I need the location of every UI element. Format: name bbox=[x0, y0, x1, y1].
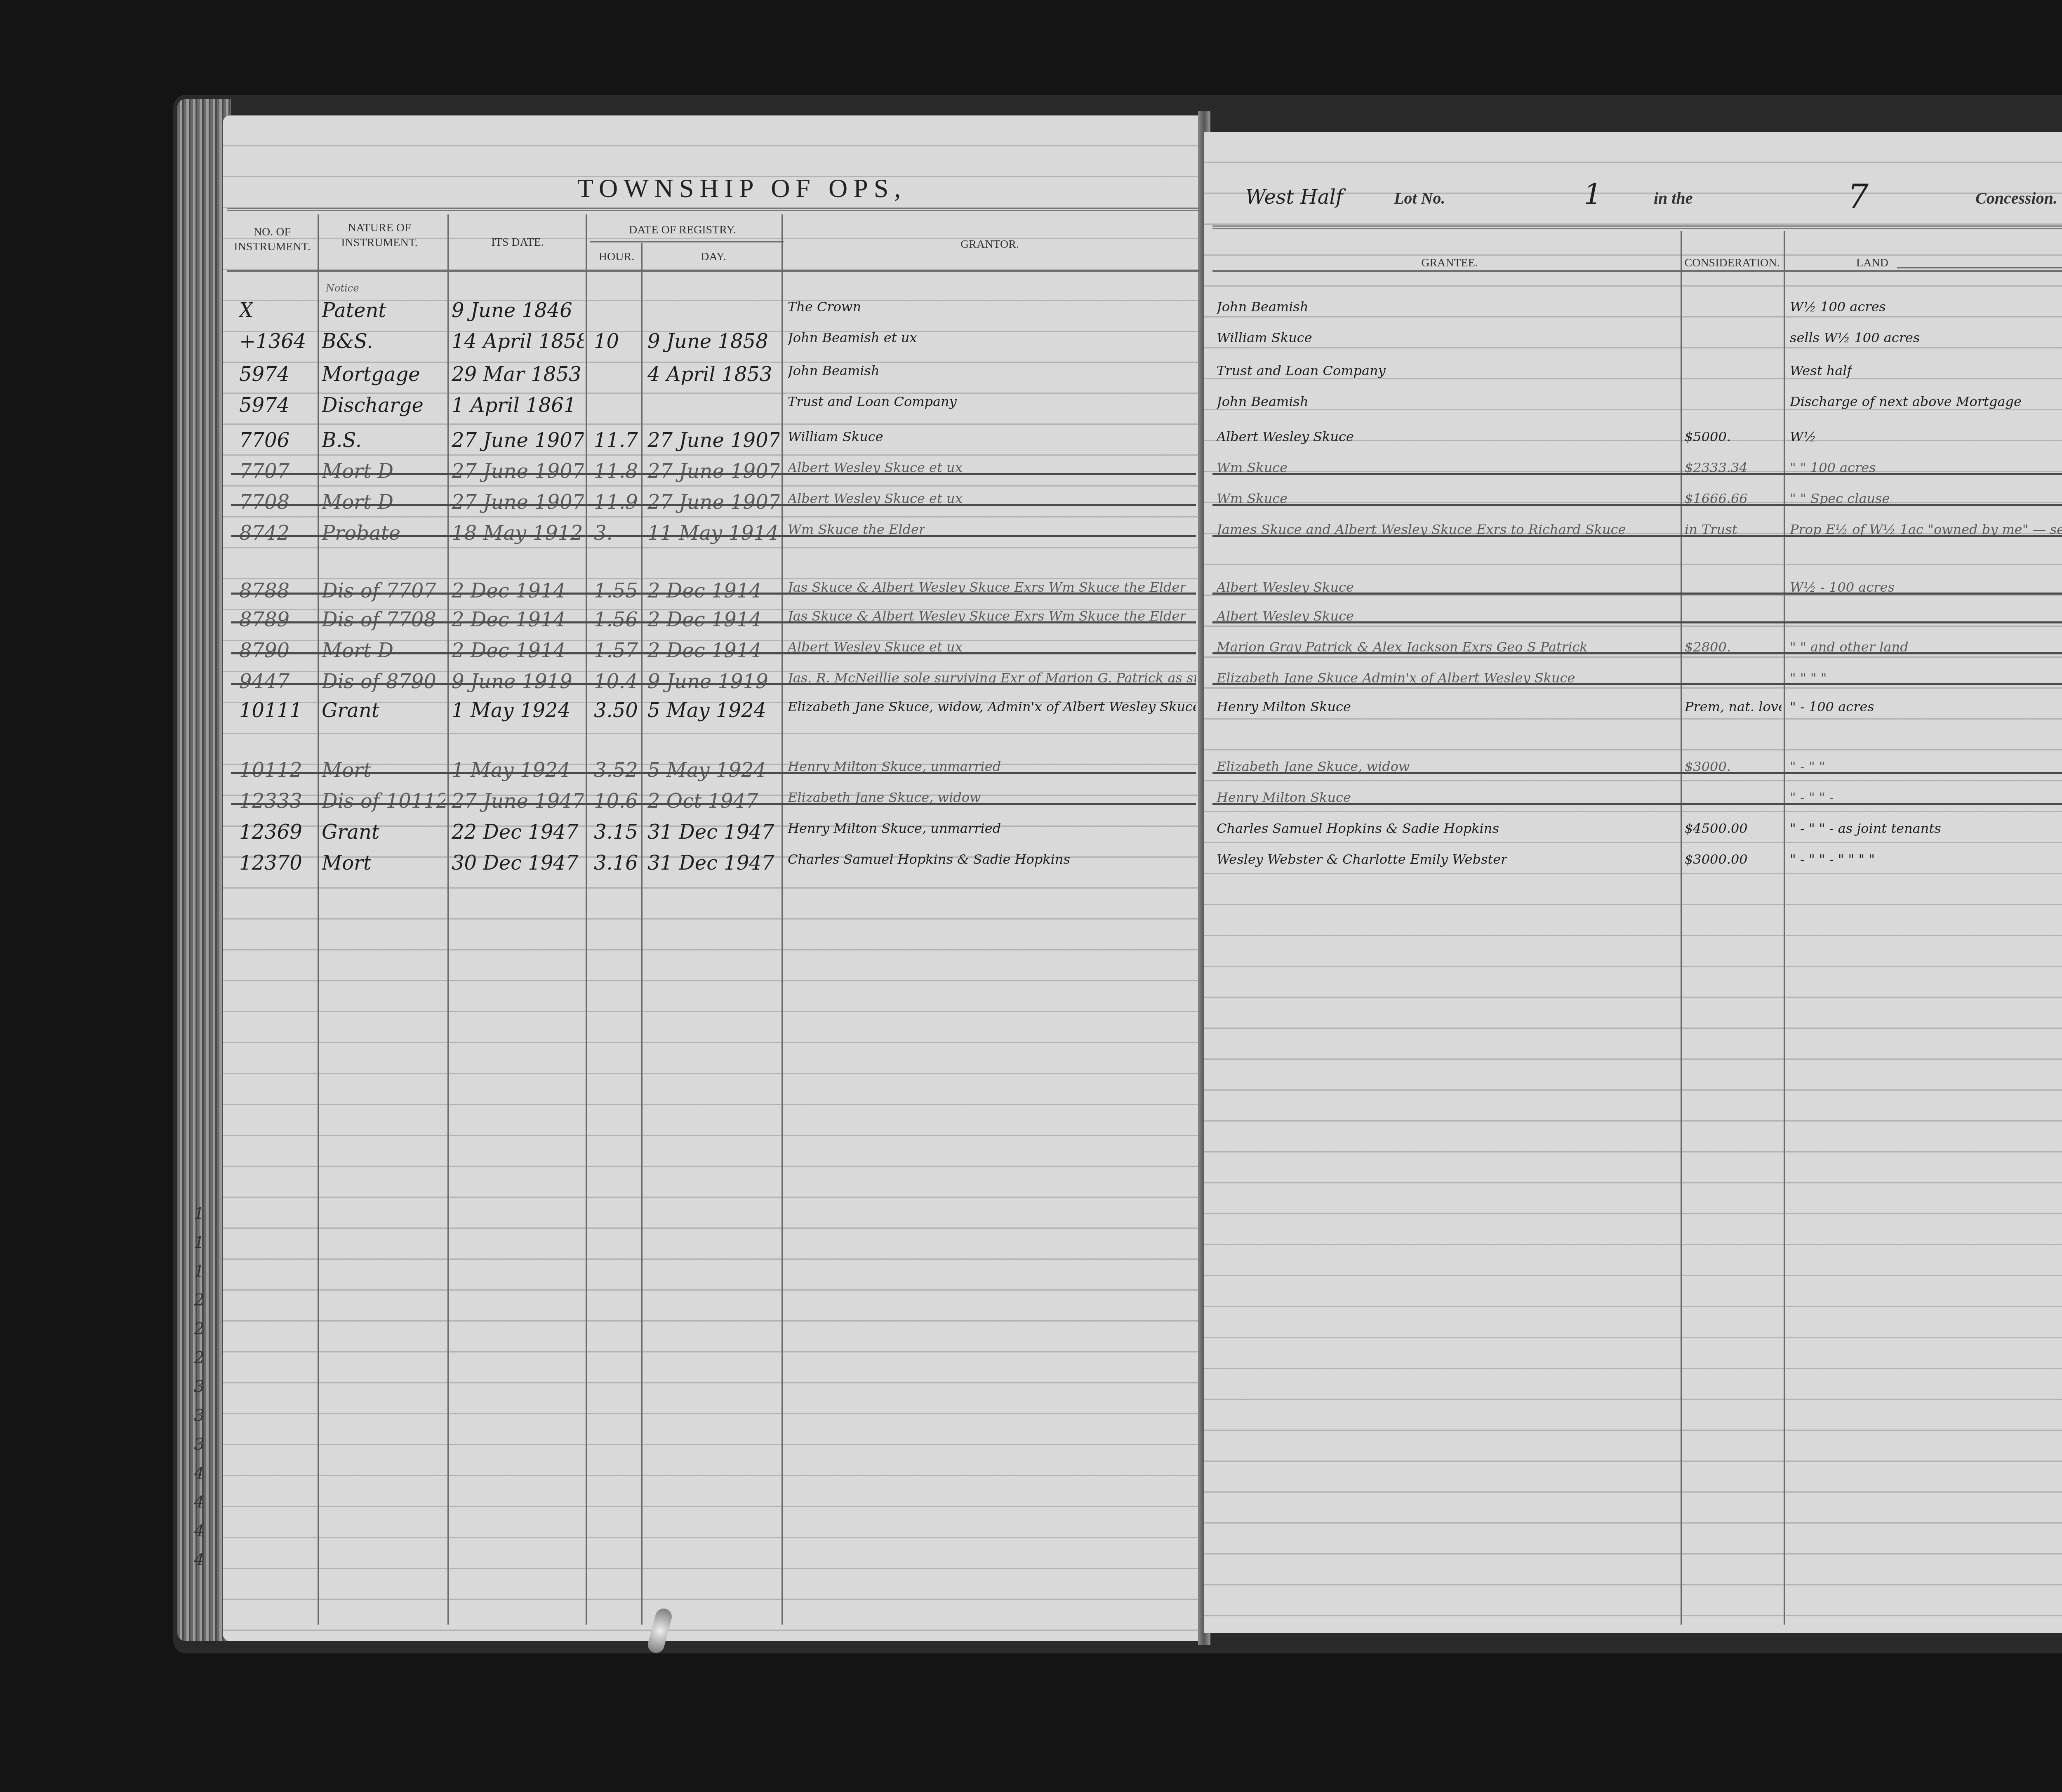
entry-hour: 3.15 bbox=[594, 821, 638, 844]
entry-nature: Dis of 7707 bbox=[322, 579, 436, 602]
strike-through-line bbox=[1212, 473, 2062, 475]
entry-no: 7708 bbox=[239, 491, 290, 514]
entry-no: +1364 bbox=[239, 330, 306, 353]
entry-its-date: 1 May 1924 bbox=[452, 759, 570, 782]
entry-land: " - " " - " " " " bbox=[1790, 851, 1875, 867]
index-tab-number[interactable]: 1 bbox=[194, 1262, 204, 1281]
entry-grantor: John Beamish bbox=[788, 363, 880, 379]
entry-no: 9447 bbox=[239, 670, 290, 693]
entry-consideration: $5000. bbox=[1685, 429, 1731, 444]
header-nature-of-instrument: Nature of Instrument. bbox=[318, 221, 441, 251]
header-grantor: Grantor. bbox=[784, 237, 1196, 252]
entry-nature: Dis of 7708 bbox=[322, 608, 436, 631]
entry-its-date: 27 June 1947 bbox=[452, 790, 584, 813]
right-page bbox=[1204, 132, 2062, 1633]
col-rule bbox=[641, 243, 643, 1625]
index-tab-number[interactable]: 3 bbox=[194, 1435, 204, 1454]
col-rule bbox=[447, 214, 449, 1625]
entry-land: Discharge of next above Mortgage bbox=[1790, 394, 2022, 409]
entry-grantor: Henry Milton Skuce, unmarried bbox=[788, 821, 1001, 836]
entry-its-date: 14 April 1858 bbox=[452, 330, 584, 353]
entry-no: 10112 bbox=[239, 759, 302, 782]
entry-grantee: John Beamish bbox=[1217, 299, 1309, 315]
entry-grantor: John Beamish et ux bbox=[788, 330, 917, 346]
entry-nature: B.S. bbox=[322, 429, 362, 452]
entry-day: 27 June 1907 bbox=[647, 460, 779, 483]
entry-day: 2 Dec 1914 bbox=[647, 608, 762, 631]
header-rule bbox=[227, 208, 1200, 212]
entry-land: W½ 100 acres bbox=[1790, 299, 1886, 315]
entry-grantee: Charles Samuel Hopkins & Sadie Hopkins bbox=[1217, 821, 1499, 836]
strike-through-line bbox=[1212, 535, 2062, 537]
entry-its-date: 1 April 1861 bbox=[452, 394, 576, 417]
entry-hour: 10.6 bbox=[594, 790, 638, 813]
entry-day: 4 April 1853 bbox=[647, 363, 772, 386]
col-rule bbox=[781, 214, 783, 1625]
header-grantee: Grantee. bbox=[1217, 256, 1683, 270]
concession-label: Concession. bbox=[1975, 188, 2057, 209]
entry-hour: 3.16 bbox=[594, 851, 638, 875]
header-bottom-rule bbox=[227, 270, 1200, 272]
index-tab-number[interactable]: 4 bbox=[194, 1522, 204, 1540]
strike-through-line bbox=[231, 683, 1196, 685]
entry-land: " - 100 acres bbox=[1790, 699, 1874, 715]
lot-label: Lot No. bbox=[1394, 188, 1445, 209]
header-land: Land bbox=[1848, 256, 1897, 270]
lot-prefix: West Half bbox=[1245, 186, 1343, 209]
entry-no: 7706 bbox=[239, 429, 290, 452]
entry-grantor: Trust and Loan Company bbox=[788, 394, 957, 409]
entry-its-date: 18 May 1912 bbox=[452, 522, 583, 545]
entry-its-date: 27 June 1907 bbox=[452, 429, 584, 452]
entry-its-date: 2 Dec 1914 bbox=[452, 608, 566, 631]
entry-nature: Dis of 8790 bbox=[322, 670, 436, 693]
entry-no: 12370 bbox=[239, 851, 302, 875]
index-tab-number[interactable]: 4 bbox=[194, 1493, 204, 1512]
entry-its-date: 27 June 1907 bbox=[452, 491, 584, 514]
entry-no: 8790 bbox=[239, 639, 290, 662]
entry-day: 2 Dec 1914 bbox=[647, 579, 762, 602]
entry-its-date: 2 Dec 1914 bbox=[452, 579, 566, 602]
land-underline bbox=[1897, 267, 2062, 268]
entry-hour: 10.46 bbox=[594, 670, 639, 693]
col-rule bbox=[1784, 231, 1785, 1625]
strike-through-line bbox=[1212, 652, 2062, 654]
entry-grantee: Henry Milton Skuce bbox=[1217, 699, 1351, 715]
entry-grantee: John Beamish bbox=[1217, 394, 1309, 409]
entry-day: 2 Oct 1947 bbox=[647, 790, 758, 813]
strike-through-line bbox=[1212, 772, 2062, 774]
entry-no: 5974 bbox=[239, 363, 290, 386]
registry-subrule bbox=[590, 241, 784, 242]
strike-through-line bbox=[1212, 803, 2062, 805]
entry-nature: Grant bbox=[322, 821, 379, 844]
entry-no: 7707 bbox=[239, 460, 290, 483]
entry-no: 10111 bbox=[239, 699, 302, 722]
entry-no: 8788 bbox=[239, 579, 290, 602]
strike-through-line bbox=[231, 803, 1196, 805]
strike-through-line bbox=[1212, 504, 2062, 506]
entry-consideration: $3000.00 bbox=[1685, 851, 1748, 867]
entry-day: 9 June 1858 bbox=[647, 330, 768, 353]
entry-land: W½ bbox=[1790, 429, 1816, 444]
entry-consideration: Prem, nat. love & affec & $1.00 bbox=[1685, 699, 1782, 715]
entry-no: 8789 bbox=[239, 608, 290, 631]
strike-through-line bbox=[1212, 593, 2062, 595]
entry-hour: 3.50 bbox=[594, 699, 638, 722]
entry-no: 12333 bbox=[239, 790, 302, 813]
entry-grantee: Trust and Loan Company bbox=[1217, 363, 1386, 379]
entry-nature: Mort D bbox=[322, 460, 393, 483]
strike-through-line bbox=[231, 593, 1196, 595]
entry-nature: Mort D bbox=[322, 639, 393, 662]
entry-no: 5974 bbox=[239, 394, 290, 417]
entry-day: 27 June 1907 bbox=[647, 491, 779, 514]
entry-nature: Mort bbox=[322, 851, 371, 875]
strike-through-line bbox=[1212, 683, 2062, 685]
entry-nature: Dis of 10112 bbox=[322, 790, 445, 813]
entry-consideration: $4500.00 bbox=[1685, 821, 1748, 836]
entry-no: X bbox=[239, 299, 253, 322]
entry-hour: 10 bbox=[594, 330, 619, 353]
entry-nature: Grant bbox=[322, 699, 379, 722]
entry-land: sells W½ 100 acres bbox=[1790, 330, 1920, 346]
entry-day: 2 Dec 1914 bbox=[647, 639, 762, 662]
entry-nature: Mort bbox=[322, 759, 371, 782]
entry-land: West half bbox=[1790, 363, 1852, 379]
entry-its-date: 9 June 1919 bbox=[452, 670, 572, 693]
entry-grantee: Wesley Webster & Charlotte Emily Webster bbox=[1217, 851, 1507, 867]
entry-hour: 3.52 bbox=[594, 759, 638, 782]
entry-its-date: 1 May 1924 bbox=[452, 699, 570, 722]
col-rule bbox=[1681, 231, 1682, 1625]
entry-hour: 1.57 bbox=[594, 639, 638, 662]
lot-number: 1 bbox=[1584, 177, 1602, 211]
index-tab-number[interactable]: 2 bbox=[194, 1319, 204, 1338]
entry-no: 12369 bbox=[239, 821, 302, 844]
entry-its-date: 9 June 1846 bbox=[452, 299, 572, 322]
entry-its-date: 29 Mar 1853 bbox=[452, 363, 581, 386]
entry-nature: Mortgage bbox=[322, 363, 420, 386]
index-tab-number[interactable]: 1 bbox=[194, 1233, 204, 1252]
header-no-of-instrument: No. of Instrument. bbox=[231, 225, 313, 255]
page-title: TOWNSHIP OF OPS, bbox=[577, 173, 906, 204]
entry-day: 5 May 1924 bbox=[647, 759, 766, 782]
entry-grantor: The Crown bbox=[788, 299, 861, 315]
strike-through-line bbox=[231, 535, 1196, 537]
entry-nature: Mort D bbox=[322, 491, 393, 514]
entry-nature: Probate bbox=[322, 522, 400, 545]
entry-nature-note: Notice bbox=[326, 282, 359, 294]
index-tab-number[interactable]: 2 bbox=[194, 1291, 204, 1310]
entry-day: 11 May 1914 bbox=[647, 522, 779, 545]
header-date-of-registry: Date of Registry. bbox=[590, 223, 775, 238]
entry-nature: Patent bbox=[322, 299, 386, 322]
col-rule bbox=[318, 214, 319, 1625]
header-consideration: Consideration. bbox=[1683, 256, 1782, 270]
entry-nature: Discharge bbox=[322, 394, 424, 417]
entry-no: 8742 bbox=[239, 522, 290, 545]
entry-grantee: Albert Wesley Skuce bbox=[1217, 429, 1354, 444]
index-tab-number[interactable]: 3 bbox=[194, 1377, 204, 1396]
in-the-label: in the bbox=[1654, 188, 1692, 209]
entry-land: " - " " - as joint tenants bbox=[1790, 821, 1941, 836]
entry-day: 27 June 1907 bbox=[647, 429, 779, 452]
entry-grantee: William Skuce bbox=[1217, 330, 1312, 346]
entry-hour: 3. bbox=[594, 522, 613, 545]
entry-hour: 11.8 bbox=[594, 460, 638, 483]
entry-day: 9 June 1919 bbox=[647, 670, 768, 693]
index-tab-number[interactable]: 4 bbox=[194, 1550, 204, 1569]
strike-through-line bbox=[1212, 621, 2062, 623]
index-tab-number[interactable]: 2 bbox=[194, 1348, 204, 1367]
index-tab-number[interactable]: 4 bbox=[194, 1464, 204, 1483]
entry-hour: 11.7 bbox=[594, 429, 638, 452]
entry-its-date: 2 Dec 1914 bbox=[452, 639, 566, 662]
concession-number: 7 bbox=[1848, 177, 1869, 216]
entry-its-date: 27 June 1907 bbox=[452, 460, 584, 483]
entry-grantor: Elizabeth Jane Skuce, widow, Admin'x of … bbox=[788, 699, 1196, 715]
entry-its-date: 22 Dec 1947 bbox=[452, 821, 579, 844]
header-hour: Hour. bbox=[590, 249, 643, 264]
strike-through-line bbox=[231, 772, 1196, 774]
strike-through-line bbox=[231, 473, 1196, 475]
strike-through-line bbox=[231, 504, 1196, 506]
strike-through-line bbox=[231, 621, 1196, 623]
index-tab-number[interactable]: 3 bbox=[194, 1406, 204, 1425]
col-rule bbox=[586, 214, 587, 1625]
entry-day: 5 May 1924 bbox=[647, 699, 766, 722]
entry-hour: 11.9 bbox=[594, 491, 638, 514]
entry-its-date: 30 Dec 1947 bbox=[452, 851, 579, 875]
header-its-date: Its Date. bbox=[450, 235, 586, 250]
entry-hour: 1.55 bbox=[594, 579, 638, 602]
entry-grantor: William Skuce bbox=[788, 429, 883, 444]
entry-hour: 1.56 bbox=[594, 608, 638, 631]
entry-day: 31 Dec 1947 bbox=[647, 851, 774, 875]
header-rule bbox=[1212, 225, 2062, 229]
entry-day: 31 Dec 1947 bbox=[647, 821, 774, 844]
entry-nature: B&S. bbox=[322, 330, 373, 353]
header-day: Day. bbox=[647, 249, 779, 264]
entry-grantor: Charles Samuel Hopkins & Sadie Hopkins bbox=[788, 851, 1070, 867]
strike-through-line bbox=[231, 652, 1196, 654]
index-tab-number[interactable]: 1 bbox=[194, 1204, 204, 1223]
